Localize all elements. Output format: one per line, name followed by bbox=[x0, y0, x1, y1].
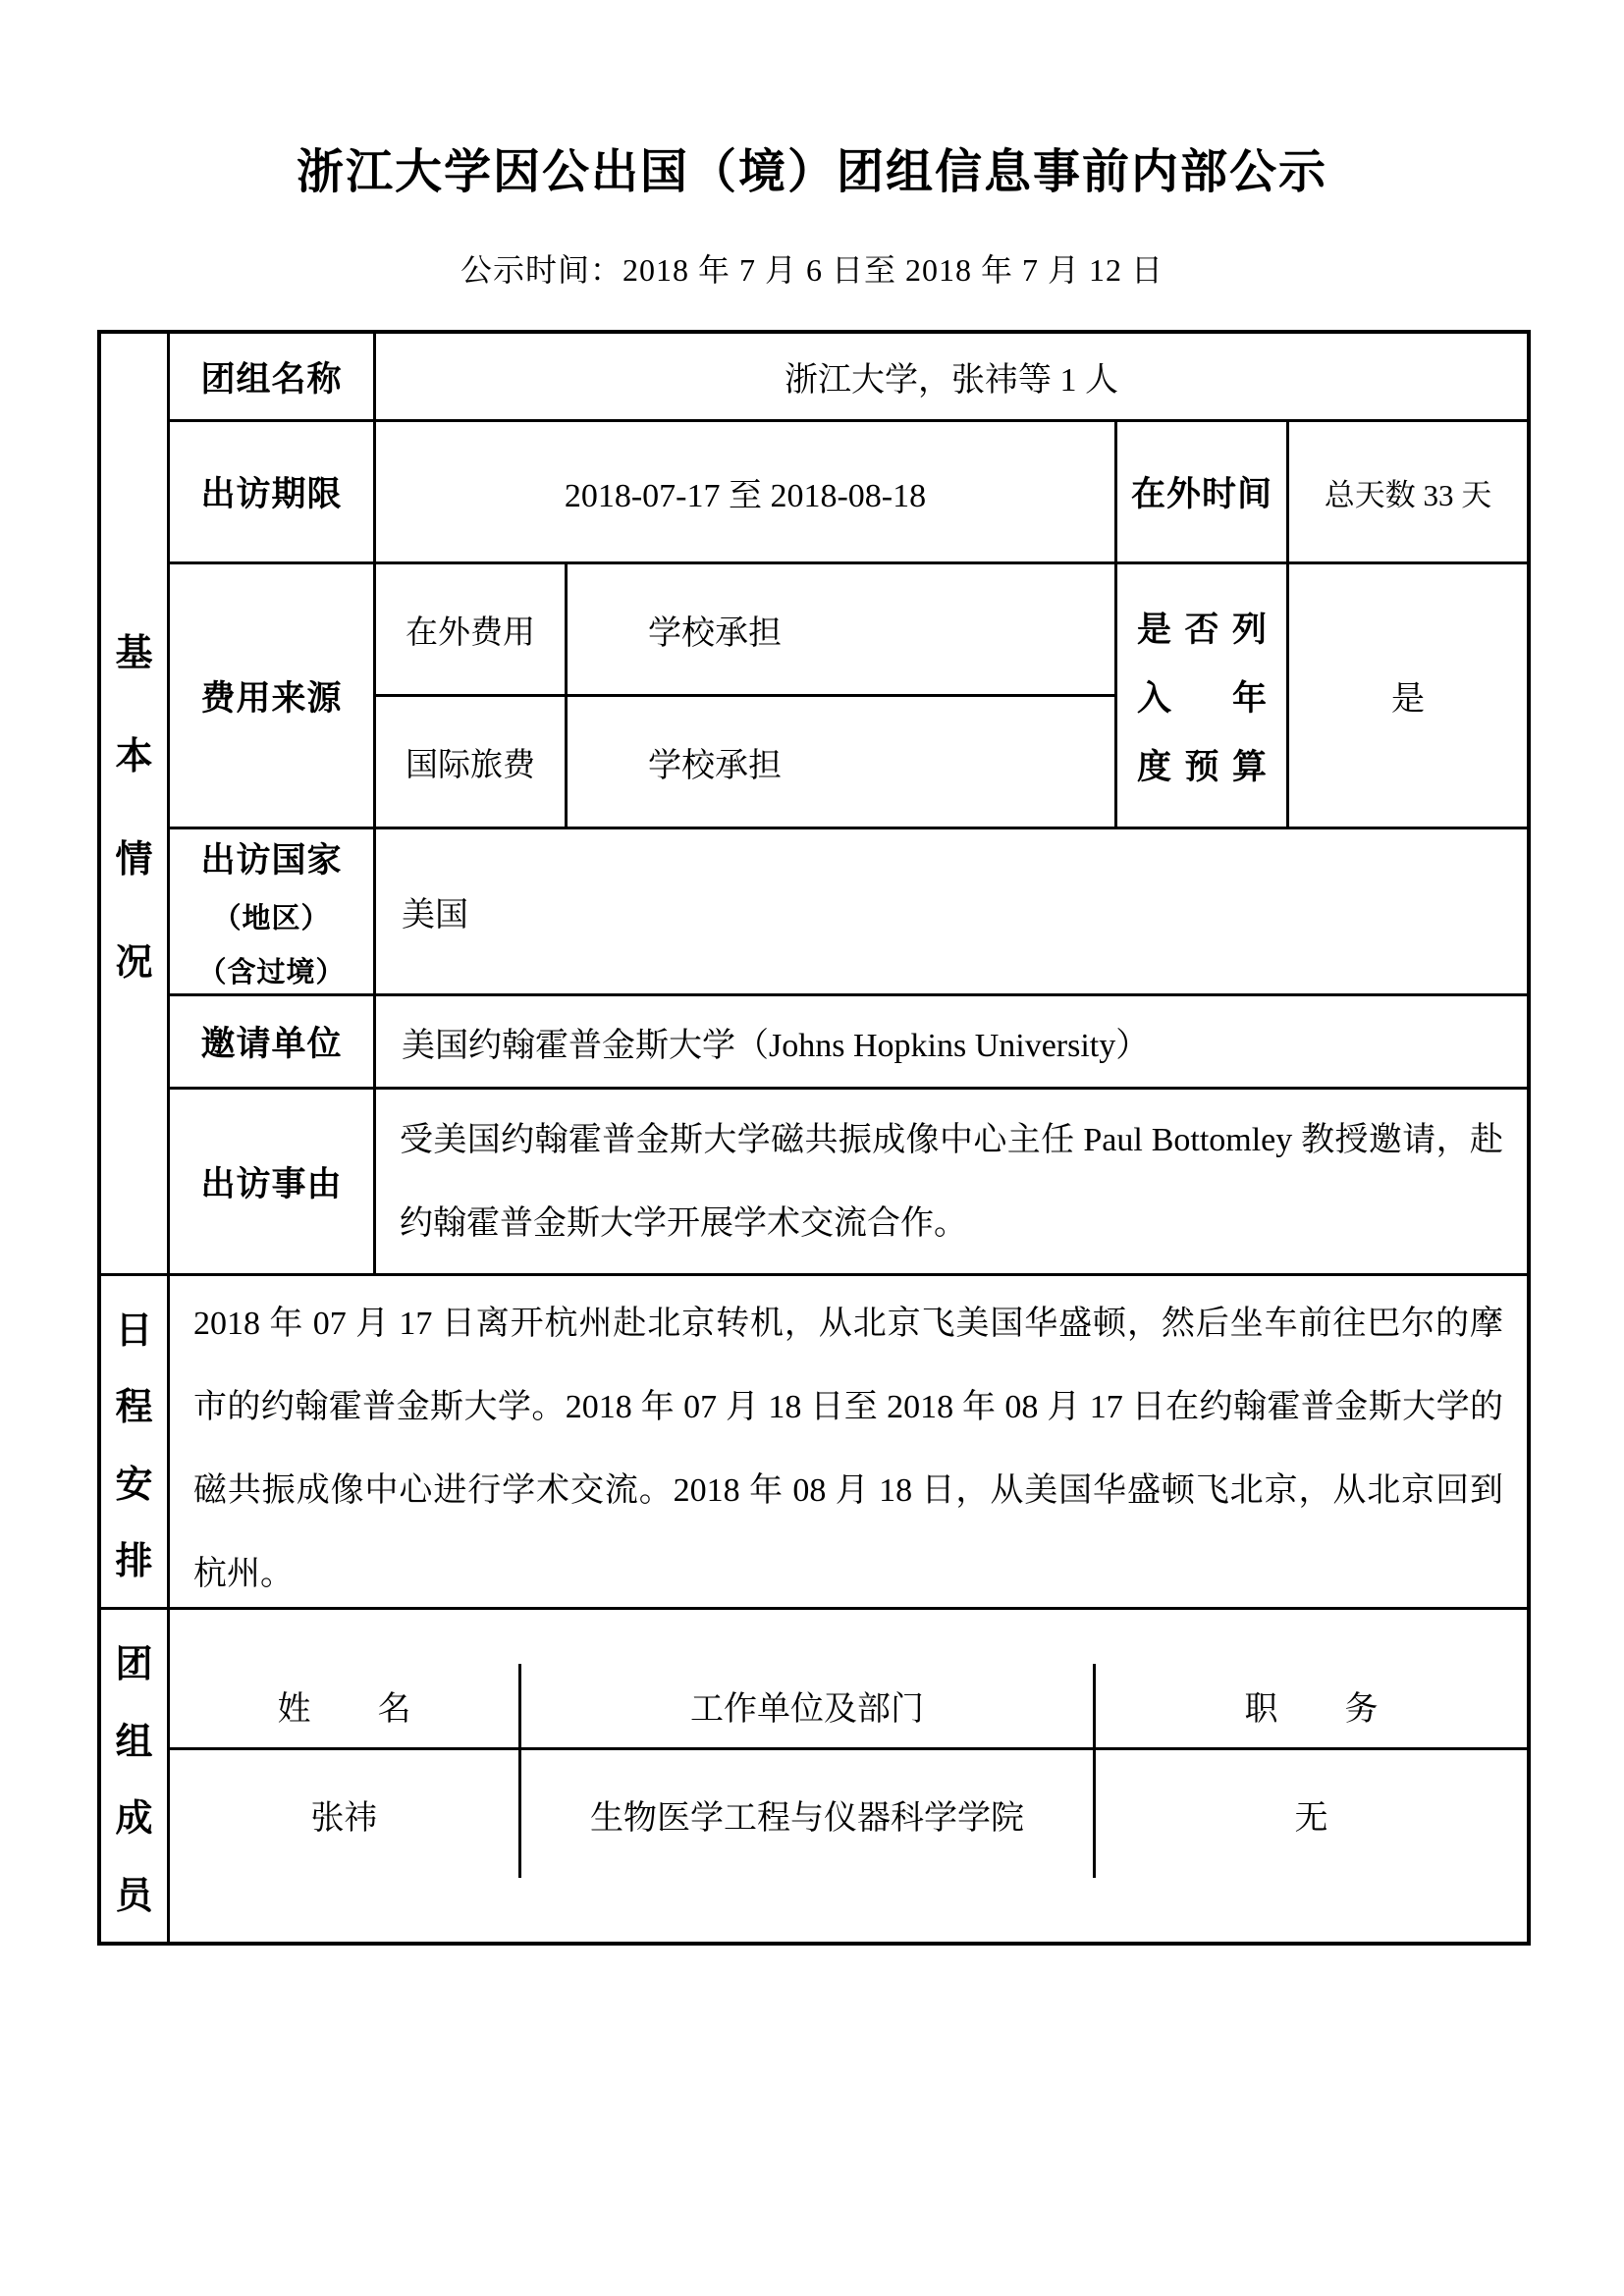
abroad-cost-label: 在外费用 bbox=[376, 564, 568, 697]
document-page: 浙江大学因公出国（境）团组信息事前内部公示 公示时间：2018 年 7 月 6 … bbox=[0, 0, 1624, 2296]
section-label-char: 程 bbox=[115, 1376, 152, 1430]
section-label-char: 况 bbox=[115, 932, 152, 986]
section-label-itinerary: 日 程 安 排 bbox=[101, 1276, 170, 1610]
section-label-char: 基 bbox=[115, 622, 152, 676]
section-label-char: 安 bbox=[115, 1454, 152, 1508]
section-label-char: 成 bbox=[115, 1788, 152, 1842]
members-header-position: 职 务 bbox=[1093, 1664, 1527, 1747]
visit-period-label: 出访期限 bbox=[170, 422, 376, 564]
section-label-char: 组 bbox=[115, 1711, 152, 1765]
destination-country-value: 美国 bbox=[376, 829, 1527, 996]
group-name-label: 团组名称 bbox=[170, 334, 376, 422]
members-header-row: 姓 名 工作单位及部门 职 务 bbox=[170, 1664, 1527, 1750]
annual-budget-value: 是 bbox=[1289, 564, 1527, 829]
destination-country-label-line: （含过境） bbox=[197, 950, 345, 990]
section-label-char: 本 bbox=[115, 725, 152, 779]
visit-reason-label: 出访事由 bbox=[170, 1090, 376, 1276]
members-table: 姓 名 工作单位及部门 职 务 张祎 生物医学工程与仪器科学学院 无 bbox=[170, 1610, 1527, 1942]
member-workunit: 生物医学工程与仪器科学学院 bbox=[518, 1750, 1093, 1878]
info-table: 基 本 情 况 团组名称 浙江大学，张祎等 1 人 出访期限 2018-07-1… bbox=[97, 330, 1531, 1946]
destination-country-label-line: （地区） bbox=[212, 896, 330, 936]
section-label-char: 日 bbox=[115, 1300, 152, 1354]
destination-country-label-line: 出访国家 bbox=[200, 833, 342, 882]
destination-country-label: 出访国家 （地区） （含过境） bbox=[170, 829, 376, 996]
annual-budget-label-line: 入 年 bbox=[1137, 671, 1267, 721]
group-name-value: 浙江大学，张祎等 1 人 bbox=[376, 334, 1527, 422]
visit-reason-text: 受美国约翰霍普金斯大学磁共振成像中心主任 Paul Bottomley 教授邀请… bbox=[376, 1098, 1527, 1265]
section-label-char: 排 bbox=[115, 1530, 152, 1584]
notice-period: 公示时间：2018 年 7 月 6 日至 2018 年 7 月 12 日 bbox=[0, 251, 1624, 289]
itinerary-cell: 2018 年 07 月 17 日离开杭州赴北京转机，从北京飞美国华盛顿，然后坐车… bbox=[170, 1276, 1527, 1610]
members-header-workunit: 工作单位及部门 bbox=[518, 1664, 1093, 1747]
annual-budget-label-line: 是否列 bbox=[1137, 603, 1267, 652]
page-title: 浙江大学因公出国（境）团组信息事前内部公示 bbox=[0, 0, 1624, 202]
funding-source-label: 费用来源 bbox=[170, 564, 376, 829]
abroad-time-label: 在外时间 bbox=[1117, 422, 1289, 564]
inviting-org-value: 美国约翰霍普金斯大学（Johns Hopkins University） bbox=[376, 996, 1527, 1090]
section-label-members: 团 组 成 员 bbox=[101, 1610, 170, 1942]
section-label-basic-info: 基 本 情 况 bbox=[101, 334, 170, 1276]
section-label-char: 情 bbox=[115, 828, 152, 882]
member-position: 无 bbox=[1093, 1750, 1527, 1878]
visit-period-value: 2018-07-17 至 2018-08-18 bbox=[376, 422, 1117, 564]
members-header-name: 姓 名 bbox=[170, 1664, 518, 1747]
intl-travel-cost-value: 学校承担 bbox=[568, 697, 1117, 829]
inviting-org-label: 邀请单位 bbox=[170, 996, 376, 1090]
abroad-cost-value: 学校承担 bbox=[568, 564, 1117, 697]
member-name: 张祎 bbox=[170, 1750, 518, 1878]
annual-budget-label: 是否列 入 年 度预算 bbox=[1117, 564, 1289, 829]
section-label-char: 员 bbox=[115, 1865, 152, 1919]
section-label-char: 团 bbox=[115, 1633, 152, 1687]
visit-reason-value: 受美国约翰霍普金斯大学磁共振成像中心主任 Paul Bottomley 教授邀请… bbox=[376, 1090, 1527, 1276]
member-row: 张祎 生物医学工程与仪器科学学院 无 bbox=[170, 1750, 1527, 1878]
abroad-time-value: 总天数 33 天 bbox=[1289, 422, 1527, 564]
itinerary-text: 2018 年 07 月 17 日离开杭州赴北京转机，从北京飞美国华盛顿，然后坐车… bbox=[170, 1276, 1527, 1610]
annual-budget-label-line: 度预算 bbox=[1137, 740, 1267, 789]
intl-travel-cost-label: 国际旅费 bbox=[376, 697, 568, 829]
